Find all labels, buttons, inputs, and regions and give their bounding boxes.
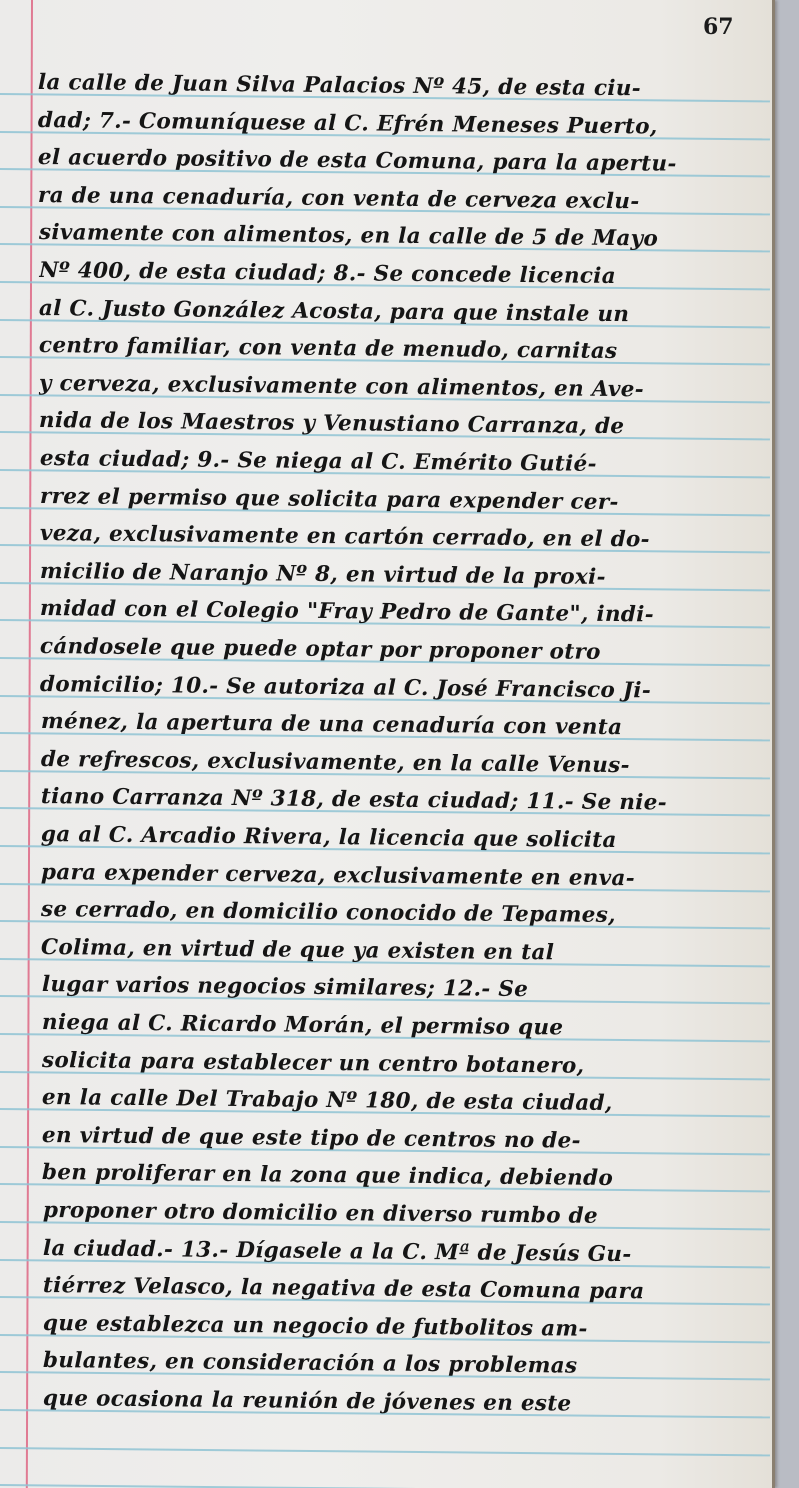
text-line: solicita para establecer un centro botan…	[42, 1044, 767, 1086]
text-line: domicilio; 10.- Se autoriza al C. José F…	[40, 668, 765, 710]
text-line: se cerrado, en domicilio conocido de Tep…	[41, 893, 766, 935]
page-number: 67	[703, 14, 734, 40]
text-line: que ocasiona la reunión de jóvenes en es…	[43, 1382, 768, 1424]
text-line: en la calle Del Trabajo Nº 180, de esta …	[42, 1081, 767, 1123]
text-line: cándosele que puede optar por proponer o…	[40, 630, 765, 672]
text-line: micilio de Naranjo Nº 8, en virtud de la…	[40, 555, 765, 597]
ruled-line	[0, 1484, 770, 1488]
text-line: sivamente con alimentos, en la calle de …	[38, 216, 763, 258]
text-line: ménez, la apertura de una cenaduría con …	[40, 705, 765, 747]
text-line: y cerveza, exclusivamente con alimentos,…	[39, 367, 764, 409]
text-line: Nº 400, de esta ciudad; 8.- Se concede l…	[39, 254, 764, 296]
text-line: dad; 7.- Comuníquese al C. Efrén Meneses…	[38, 104, 763, 146]
text-line: que establezca un negocio de futbolitos …	[43, 1307, 768, 1349]
text-line: tiérrez Velasco, la negativa de esta Com…	[43, 1269, 768, 1311]
text-line: Colima, en virtud de que ya existen en t…	[41, 931, 766, 973]
text-line: el acuerdo positivo de esta Comuna, para…	[38, 141, 763, 183]
text-line: veza, exclusivamente en cartón cerrado, …	[40, 517, 765, 559]
text-line: de refrescos, exclusivamente, en la call…	[41, 743, 766, 785]
text-line: esta ciudad; 9.- Se niega al C. Emérito …	[39, 442, 764, 484]
text-line: al C. Justo González Acosta, para que in…	[39, 292, 764, 334]
ruled-line	[0, 1447, 770, 1456]
text-line: centro familiar, con venta de menudo, ca…	[39, 329, 764, 371]
red-margin-line	[26, 0, 33, 1488]
text-line: tiano Carranza Nº 318, de esta ciudad; 1…	[41, 780, 766, 822]
text-line: nida de los Maestros y Venustiano Carran…	[39, 404, 764, 446]
text-line: la calle de Juan Silva Palacios Nº 45, d…	[38, 66, 763, 108]
text-line: midad con el Colegio "Fray Pedro de Gant…	[40, 592, 765, 634]
text-line: bulantes, en consideración a los problem…	[43, 1344, 768, 1386]
text-line: ga al C. Arcadio Rivera, la licencia que…	[41, 818, 766, 860]
text-line: la ciudad.- 13.- Dígasele a la C. Mª de …	[42, 1232, 767, 1274]
notebook-page: 67 la calle de Juan Silva Palacios Nº 45…	[0, 0, 775, 1488]
text-line: ben proliferar en la zona que indica, de…	[42, 1156, 767, 1198]
text-line: en virtud de que este tipo de centros no…	[42, 1119, 767, 1161]
text-line: ra de una cenaduría, con venta de cervez…	[38, 179, 763, 221]
text-line: niega al C. Ricardo Morán, el permiso qu…	[42, 1006, 767, 1048]
text-line: para expender cerveza, exclusivamente en…	[41, 856, 766, 898]
text-line: lugar varios negocios similares; 12.- Se	[41, 968, 766, 1010]
text-line: proponer otro domicilio en diverso rumbo…	[42, 1194, 767, 1236]
text-line: rrez el permiso que solicita para expend…	[39, 480, 764, 522]
